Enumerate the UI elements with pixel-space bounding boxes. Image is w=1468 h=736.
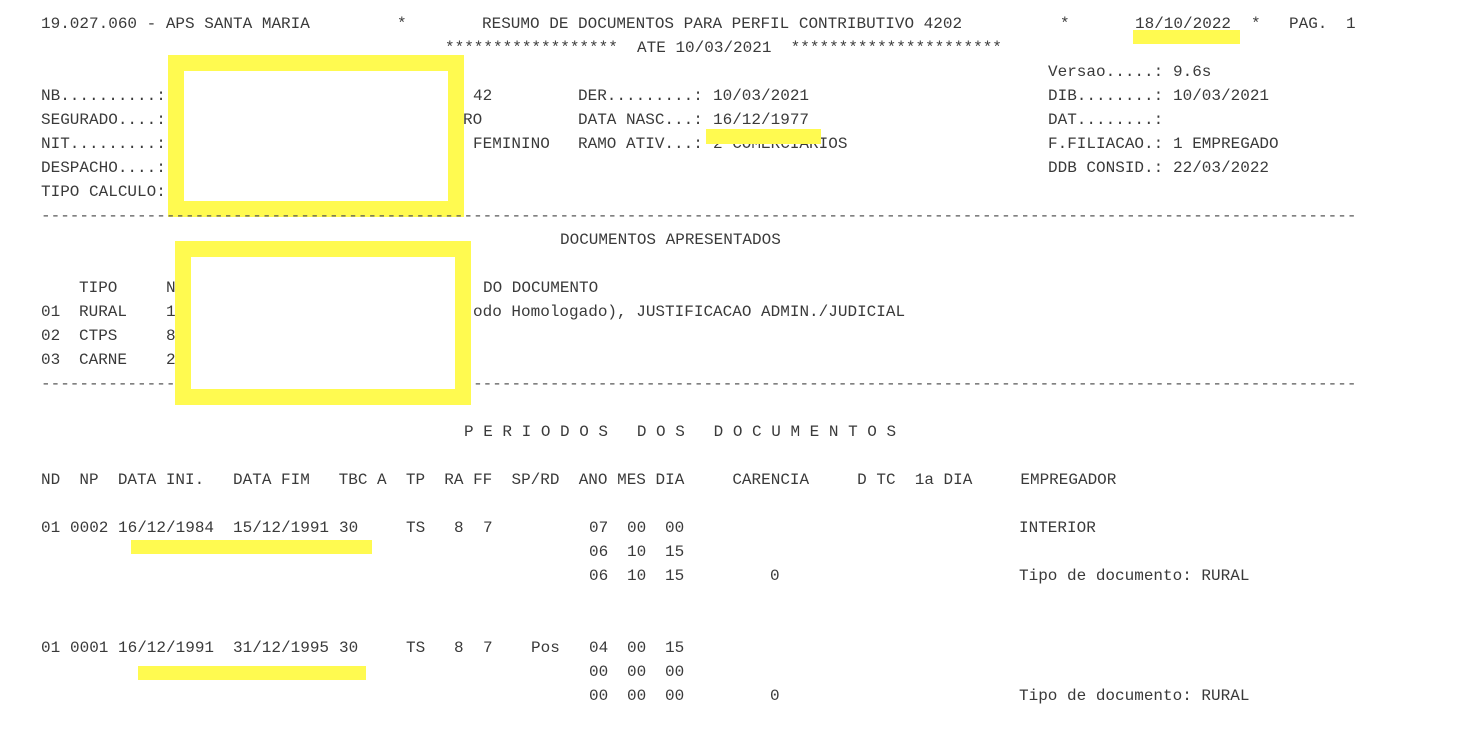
period-dia: 00: [665, 519, 684, 537]
period-dia: 00: [665, 663, 684, 681]
period-mes: 00: [627, 639, 646, 657]
info-dat-label: DAT........:: [1048, 111, 1163, 129]
report-subtitle: ****************** ATE 10/03/2021 ******…: [445, 39, 1002, 57]
header-star: *: [1251, 15, 1261, 33]
separator-line: ----------------------------------------…: [41, 207, 1356, 225]
period-data-ini: 16/12/1991: [118, 639, 214, 657]
redaction-box: [168, 55, 464, 217]
info-segurado-value: RO: [463, 111, 482, 129]
info-der-value: 10/03/2021: [713, 87, 809, 105]
info-der-label: DER.........:: [578, 87, 703, 105]
period-mes: 10: [627, 543, 646, 561]
info-dib-label: DIB........:: [1048, 87, 1163, 105]
period-tp: TS: [406, 639, 425, 657]
info-filiacao-label: F.FILIACAO.:: [1048, 135, 1163, 153]
doc-row-descricao: odo Homologado), JUSTIFICACAO ADMIN./JUD…: [473, 303, 905, 321]
period-ano: 07: [589, 519, 608, 537]
period-nd: 01: [41, 639, 60, 657]
period-ano: 06: [589, 567, 608, 585]
period-ra: 8: [454, 639, 464, 657]
info-data-nasc-value: 16/12/1977: [713, 111, 809, 129]
period-dia: 15: [665, 639, 684, 657]
info-segurado-label: SEGURADO....:: [41, 111, 166, 129]
doc-row-seq: 01: [41, 303, 60, 321]
header-star: *: [397, 15, 407, 33]
report-page: INSTITUTO NACIONAL DO SEGURO SOCIAL 19.0…: [0, 0, 1468, 736]
period-ra: 8: [454, 519, 464, 537]
header-star: *: [1060, 15, 1070, 33]
periodos-header: ND NP DATA INI. DATA FIM TBC A TP RA FF …: [41, 471, 1116, 489]
doc-row-seq: 02: [41, 327, 60, 345]
period-ff: 7: [483, 519, 493, 537]
page-label: PAG.: [1289, 15, 1327, 33]
doc-row-seq: 03: [41, 351, 60, 369]
period-nd: 01: [41, 519, 60, 537]
info-ramo-ativ-label: RAMO ATIV...:: [578, 135, 703, 153]
doc-row-tipo: RURAL: [79, 303, 127, 321]
period-dia: 15: [665, 567, 684, 585]
info-nit-label: NIT.........:: [41, 135, 166, 153]
period-dia: 00: [665, 687, 684, 705]
period-ano: 06: [589, 543, 608, 561]
institution-name: INSTITUTO NACIONAL DO SEGURO SOCIAL: [0, 0, 1468, 3]
info-ddb-value: 22/03/2022: [1173, 159, 1269, 177]
period-ano: 00: [589, 687, 608, 705]
doc-row-tipo: CTPS: [79, 327, 117, 345]
info-tipo-calculo-label: TIPO CALCULO:: [41, 183, 166, 201]
info-data-nasc-label: DATA NASC...:: [578, 111, 703, 129]
period-ano: 04: [589, 639, 608, 657]
period-np: 0001: [70, 639, 108, 657]
period-ff: 7: [483, 639, 493, 657]
period-empregador: INTERIOR: [1019, 519, 1096, 537]
info-sexo-value: FEMININO: [473, 135, 550, 153]
info-ddb-label: DDB CONSID.:: [1048, 159, 1163, 177]
doc-row-tipo: CARNE: [79, 351, 127, 369]
info-nb-label: NB..........:: [41, 87, 166, 105]
doc-header-descricao: DO DOCUMENTO: [483, 279, 598, 297]
agency-name: 19.027.060 - APS SANTA MARIA: [41, 15, 310, 33]
period-dia: 15: [665, 543, 684, 561]
report-title: RESUMO DE DOCUMENTOS PARA PERFIL CONTRIB…: [482, 15, 962, 33]
period-mes: 00: [627, 519, 646, 537]
period-mes: 00: [627, 663, 646, 681]
highlight-mark: [1133, 30, 1240, 44]
info-nb-value: 42: [473, 87, 492, 105]
period-carencia: 0: [770, 687, 780, 705]
info-filiacao-value: 1 EMPREGADO: [1173, 135, 1279, 153]
info-dib-value: 10/03/2021: [1173, 87, 1269, 105]
period-tbc: 30: [339, 519, 358, 537]
period-tbc: 30: [339, 639, 358, 657]
highlight-mark: [138, 666, 366, 680]
page-number: 1: [1346, 15, 1356, 33]
period-tipo-documento: Tipo de documento: RURAL: [1019, 687, 1249, 705]
period-tipo-documento: Tipo de documento: RURAL: [1019, 567, 1249, 585]
highlight-mark: [706, 129, 821, 144]
info-versao-label: Versao.....:: [1048, 63, 1163, 81]
period-carencia: 0: [770, 567, 780, 585]
doc-header-tipo: TIPO: [79, 279, 117, 297]
period-sp-rd: Pos: [531, 639, 560, 657]
period-np: 0002: [70, 519, 108, 537]
redaction-box: [175, 241, 471, 405]
info-despacho-label: DESPACHO....:: [41, 159, 166, 177]
period-data-ini: 16/12/1984: [118, 519, 214, 537]
periodos-title: P E R I O D O S D O S D O C U M E N T O …: [464, 423, 896, 441]
documentos-title: DOCUMENTOS APRESENTADOS: [560, 231, 781, 249]
info-versao-value: 9.6s: [1173, 63, 1211, 81]
period-tp: TS: [406, 519, 425, 537]
period-ano: 00: [589, 663, 608, 681]
period-mes: 10: [627, 567, 646, 585]
period-data-fim: 31/12/1995: [233, 639, 329, 657]
period-data-fim: 15/12/1991: [233, 519, 329, 537]
period-mes: 00: [627, 687, 646, 705]
highlight-mark: [131, 540, 372, 554]
